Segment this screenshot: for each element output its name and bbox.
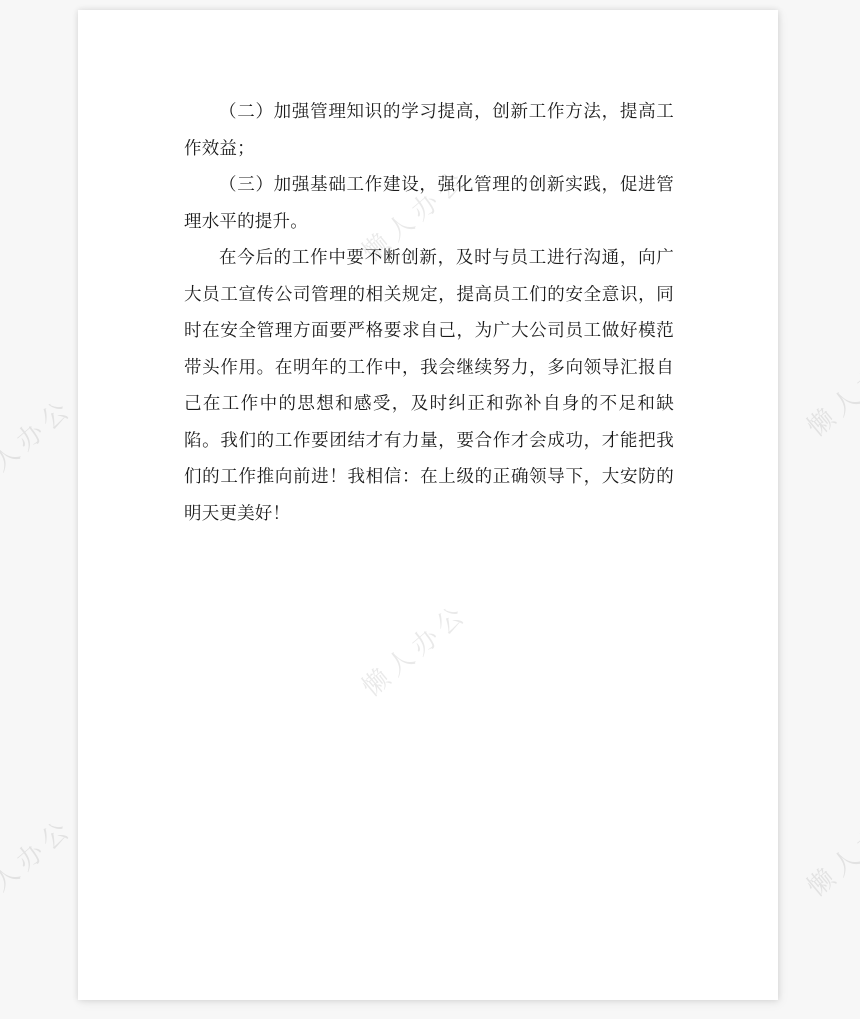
- paragraph-conclusion: 在今后的工作中要不断创新，及时与员工进行沟通，向广大员工宣传公司管理的相关规定，…: [184, 240, 674, 532]
- watermark: 懒人办公: [0, 388, 80, 499]
- paragraph-2: （二）加强管理知识的学习提高，创新工作方法，提高工作效益；: [184, 94, 674, 167]
- document-page: （二）加强管理知识的学习提高，创新工作方法，提高工作效益； （三）加强基础工作建…: [78, 10, 778, 1000]
- watermark: 懒人办公: [798, 793, 860, 904]
- watermark: 懒人办公: [798, 333, 860, 444]
- watermark: 懒人办公: [0, 808, 80, 919]
- paragraph-3: （三）加强基础工作建设，强化管理的创新实践，促进管理水平的提升。: [184, 167, 674, 240]
- document-body: （二）加强管理知识的学习提高，创新工作方法，提高工作效益； （三）加强基础工作建…: [184, 94, 674, 532]
